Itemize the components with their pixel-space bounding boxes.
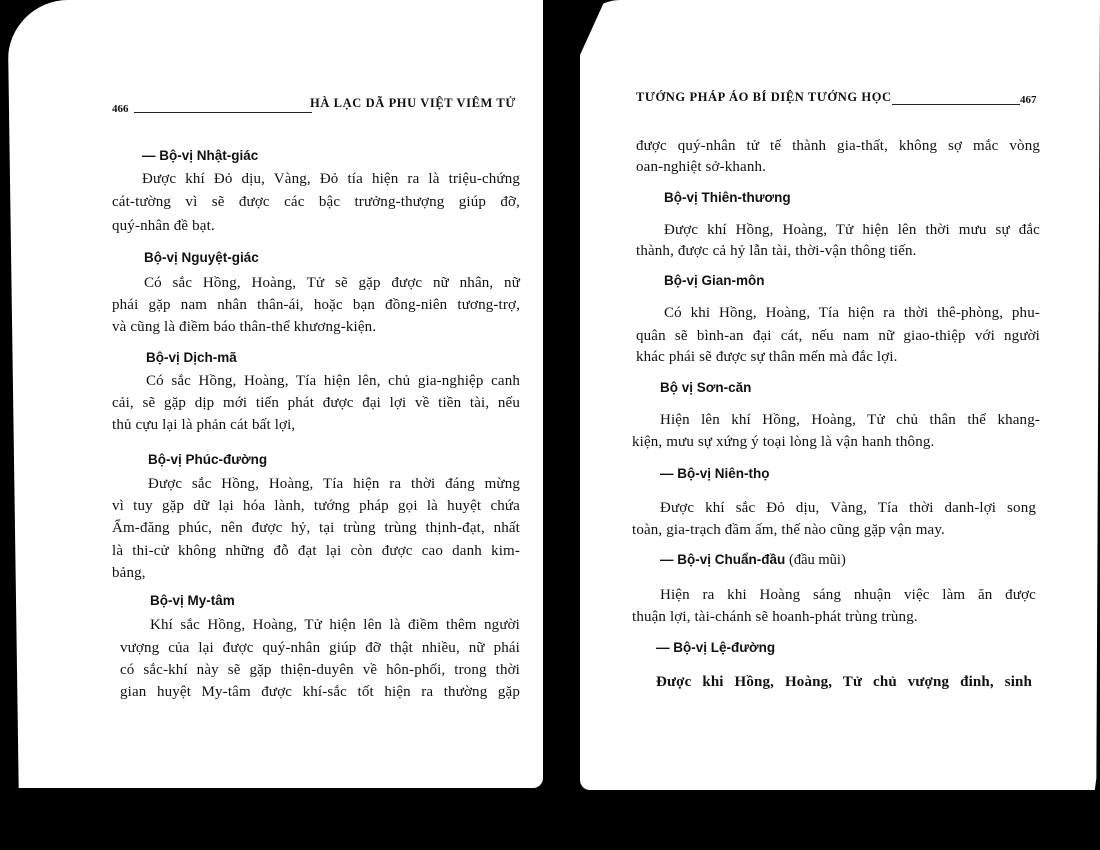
section-heading: — Bộ-vị Niên-thọ [660, 466, 770, 481]
text-line: Khí sắc Hồng, Hoàng, Tử hiện lên là điềm… [150, 617, 520, 634]
text-line: Có khi Hồng, Hoàng, Tía hiện ra thời thê… [664, 305, 1040, 322]
text-line: là thi-cử không những đỗ đạt lại còn đượ… [112, 543, 520, 560]
text-line: quý-nhân đề bạt. [112, 218, 215, 235]
text-line: thành, được cả hỷ lẫn tài, thời-vận thôn… [636, 243, 917, 260]
text-line: Được khi Hồng, Hoàng, Tử chủ vượng đinh,… [656, 674, 1032, 691]
right-page: TƯỚNG PHÁP ÁO BÍ DIỆN TƯỚNG HỌC 467 được… [580, 0, 1100, 790]
text-line: oan-nghiệt sở-khanh. [636, 159, 766, 176]
text-line: Được sắc Hồng, Hoàng, Tía hiện ra thời đ… [148, 476, 520, 493]
text-line: vì tuy gặp dữ lại hóa lành, tướng pháp g… [112, 498, 520, 515]
text-line: Được khí Đỏ dịu, Vàng, Đỏ tía hiện ra là… [142, 171, 520, 188]
text-line: gian huyệt My-tâm được khí-sắc tốt hiện … [120, 684, 520, 701]
section-heading: Bộ-vị Phúc-đường [148, 452, 267, 467]
text-line: cải, sẽ gặp dịp mới tiến phát được đại l… [112, 395, 520, 412]
section-heading: Bộ-vị Gian-môn [664, 273, 765, 288]
text-line: có sắc-khí này sẽ gặp thiện-duyên về hôn… [120, 662, 520, 679]
section-heading: — Bộ-vị Chuẩn-đầu (đầu mũi) [660, 552, 846, 569]
text-line: Có sắc Hồng, Hoàng, Tía hiện lên, chủ gi… [146, 373, 520, 390]
text-line: thủ cựu lại là phản cát bất lợi, [112, 417, 295, 434]
text-line: toàn, gia-trạch đầm ấm, thế nào cũng gặp… [632, 522, 945, 539]
page-number: 467 [1020, 94, 1037, 106]
text-line: kiện, mưu sự xứng ý toại lòng là vận han… [632, 434, 934, 451]
running-head: TƯỚNG PHÁP ÁO BÍ DIỆN TƯỚNG HỌC [636, 90, 892, 105]
page-number: 466 [112, 103, 129, 115]
section-heading: — Bộ-vị Nhật-giác [142, 148, 258, 163]
text-line: bảng, [112, 565, 146, 582]
header-rule [892, 104, 1020, 105]
section-heading: Bộ-vị Dịch-mã [146, 350, 237, 365]
text-line: cát-tường vì sẽ được các bậc trưởng-thượ… [112, 194, 520, 211]
left-page: 466 HÀ LẠC DÃ PHU VIỆT VIÊM TỬ — Bộ-vị N… [8, 0, 543, 788]
text-line: Hiện ra khi Hoàng sáng nhuận việc làm ăn… [660, 587, 1036, 604]
section-heading-text: — Bộ-vị Chuẩn-đầu [660, 552, 785, 567]
section-heading: Bộ-vị My-tâm [150, 593, 235, 608]
text-line: và cũng là điềm báo thân-thể khương-kiện… [112, 319, 376, 336]
section-heading: Bộ-vị Nguyệt-giác [144, 250, 259, 265]
text-line: Được khí Hồng, Hoàng, Tử hiện lên thời m… [664, 222, 1040, 239]
text-line: Hiện lên khí Hồng, Hoàng, Tử chủ thân th… [660, 412, 1040, 429]
section-heading-note: (đầu mũi) [789, 552, 846, 568]
text-line: khác phái sẽ được sự thân mến mà đắc lợi… [636, 349, 898, 366]
text-line: được quý-nhân tử tế thành gia-thất, khôn… [636, 138, 1040, 155]
text-line: phái gặp nam nhân thân-ái, hoặc bạn đồng… [112, 297, 520, 314]
header-rule [134, 112, 312, 113]
section-heading: Bộ-vị Thiên-thương [664, 190, 791, 205]
text-line: Có sắc Hồng, Hoàng, Tử sẽ gặp được nữ nh… [144, 275, 520, 292]
text-line: thuận lợi, tài-chánh sẽ hoanh-phát trùng… [632, 609, 918, 626]
text-line: quân sẽ bình-an đại cát, nếu nam nữ giao… [636, 328, 1040, 345]
section-heading: — Bộ-vị Lệ-đường [656, 640, 775, 655]
text-line: Ẩm-đăng phúc, nên được hỷ, tại trùng trù… [112, 520, 520, 537]
text-line: vượng của lại được quý-nhân giúp đỡ thật… [120, 640, 520, 657]
section-heading: Bộ vị Sơn-căn [660, 380, 751, 395]
text-line: Được khí sắc Đỏ dịu, Vàng, Tía thời danh… [660, 500, 1036, 517]
running-head: HÀ LẠC DÃ PHU VIỆT VIÊM TỬ [310, 96, 516, 111]
